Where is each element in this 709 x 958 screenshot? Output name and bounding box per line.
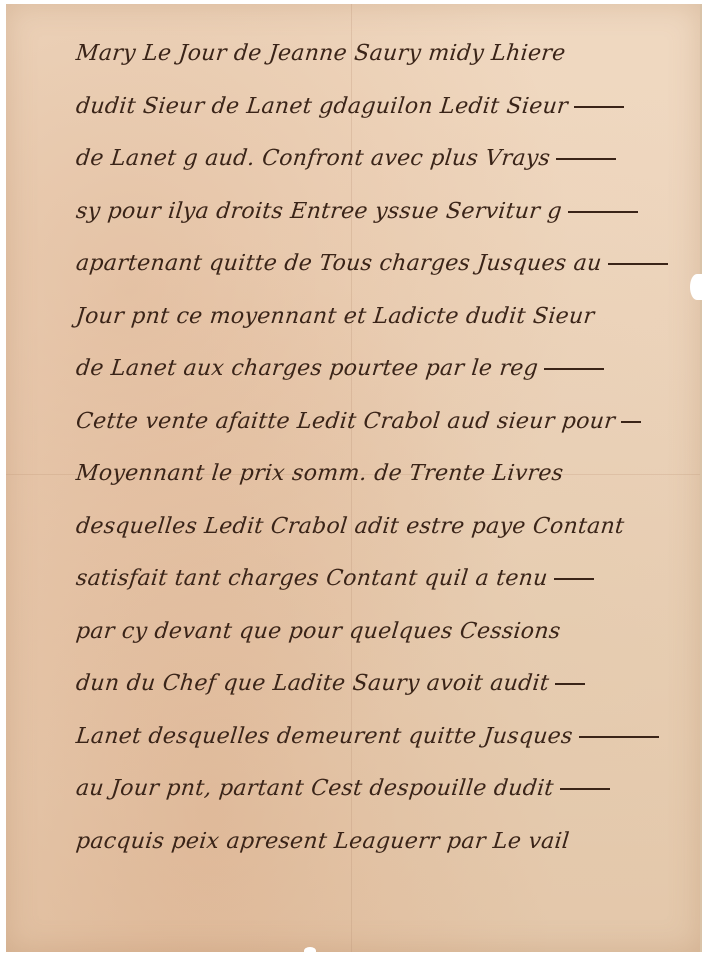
line-text: apartenant quitte de Tous charges Jusque… bbox=[74, 244, 604, 284]
line-text: Cette vente afaitte Ledit Crabol aud sie… bbox=[74, 402, 617, 442]
manuscript-line: desquelles Ledit Crabol adit estre paye … bbox=[76, 507, 696, 560]
manuscript-line: Moyennant le prix somm. de Trente Livres bbox=[76, 454, 696, 507]
line-text: Mary Le Jour de Jeanne Saury midy Lhiere bbox=[74, 34, 568, 74]
manuscript-line: satisfait tant charges Contant quil a te… bbox=[76, 559, 696, 612]
line-text: satisfait tant charges Contant quil a te… bbox=[74, 559, 550, 599]
manuscript-line: sy pour ilya droits Entree yssue Servitu… bbox=[76, 192, 696, 245]
manuscript-line: dudit Sieur de Lanet gdaguilon Ledit Sie… bbox=[76, 87, 696, 140]
line-filler-dash bbox=[574, 106, 624, 108]
line-text: au Jour pnt, partant Cest despouille dud… bbox=[74, 769, 556, 809]
line-text: par cy devant que pour quelques Cessions bbox=[74, 612, 563, 652]
line-text: de Lanet g aud. Confront avec plus Vrays bbox=[74, 139, 552, 179]
manuscript-line: Lanet desquelles demeurent quitte Jusque… bbox=[76, 717, 696, 770]
line-filler-dash bbox=[568, 211, 638, 213]
manuscript-page: Mary Le Jour de Jeanne Saury midy Lhiere… bbox=[6, 4, 702, 952]
manuscript-line: apartenant quitte de Tous charges Jusque… bbox=[76, 244, 696, 297]
manuscript-line: dun du Chef que Ladite Saury avoit audit bbox=[76, 664, 696, 717]
line-filler-dash bbox=[579, 736, 659, 738]
manuscript-line: de Lanet g aud. Confront avec plus Vrays bbox=[76, 139, 696, 192]
line-text: dudit Sieur de Lanet gdaguilon Ledit Sie… bbox=[74, 87, 570, 127]
manuscript-text-block: Mary Le Jour de Jeanne Saury midy Lhiere… bbox=[76, 34, 696, 874]
manuscript-line: par cy devant que pour quelques Cessions bbox=[76, 612, 696, 665]
line-filler-dash bbox=[556, 158, 616, 160]
line-filler-dash bbox=[608, 263, 668, 265]
manuscript-line: au Jour pnt, partant Cest despouille dud… bbox=[76, 769, 696, 822]
manuscript-line: de Lanet aux charges pourtee par le reg bbox=[76, 349, 696, 402]
line-text: desquelles Ledit Crabol adit estre paye … bbox=[74, 507, 626, 547]
line-filler-dash bbox=[560, 788, 610, 790]
line-filler-dash bbox=[554, 578, 594, 580]
line-filler-dash bbox=[621, 421, 641, 423]
line-text: pacquis peix apresent Leaguerr par Le va… bbox=[74, 822, 571, 862]
line-filler-dash bbox=[544, 368, 604, 370]
manuscript-line: pacquis peix apresent Leaguerr par Le va… bbox=[76, 822, 696, 875]
manuscript-line: Cette vente afaitte Ledit Crabol aud sie… bbox=[76, 402, 696, 455]
paper-tear-bottom bbox=[304, 947, 316, 955]
line-text: dun du Chef que Ladite Saury avoit audit bbox=[74, 664, 551, 704]
manuscript-line: Mary Le Jour de Jeanne Saury midy Lhiere bbox=[76, 34, 696, 87]
line-text: Jour pnt ce moyennant et Ladicte dudit S… bbox=[74, 297, 596, 337]
line-text: Lanet desquelles demeurent quitte Jusque… bbox=[74, 717, 575, 757]
line-text: de Lanet aux charges pourtee par le reg bbox=[74, 349, 540, 389]
line-text: Moyennant le prix somm. de Trente Livres bbox=[74, 454, 565, 494]
manuscript-line: Jour pnt ce moyennant et Ladicte dudit S… bbox=[76, 297, 696, 350]
line-filler-dash bbox=[555, 683, 585, 685]
line-text: sy pour ilya droits Entree yssue Servitu… bbox=[74, 192, 564, 232]
